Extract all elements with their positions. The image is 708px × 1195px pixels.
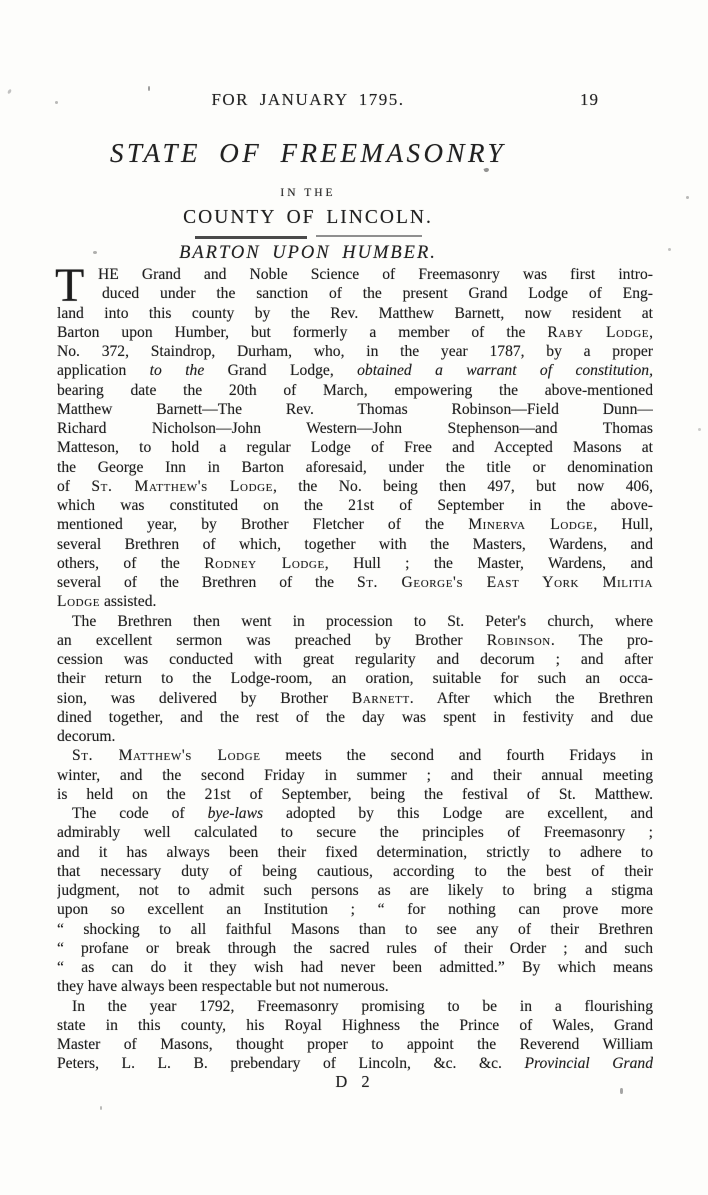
text-line: is held on the 21st of September, being … xyxy=(57,785,653,804)
page-number: 19 xyxy=(580,90,599,110)
scan-speck xyxy=(100,1106,102,1110)
text-line: bearing date the 20th of March, empoweri… xyxy=(57,381,653,400)
text-line: which was constituted on the 21st of Sep… xyxy=(57,496,653,515)
text-line: duced under the sanction of the present … xyxy=(57,284,653,303)
scan-speck xyxy=(686,196,689,199)
small-caps-text: Lodge xyxy=(57,593,100,610)
section-heading: BARTON UPON HUMBER. xyxy=(57,243,559,264)
body-text: . The pro- xyxy=(551,632,653,649)
text-line: “ shocking to all faithful Masons than t… xyxy=(57,920,653,939)
text-line: HE Grand and Noble Science of Freemasonr… xyxy=(57,265,653,284)
body-text: Matteson, to hold a regular Lodge of Fre… xyxy=(57,439,653,456)
body-text: is held on the 21st of September, being … xyxy=(57,786,653,803)
body-text: , the No. being then 497, but now 406, xyxy=(273,478,653,495)
body-text: , Hull, xyxy=(593,516,653,533)
text-line: No. 372, Staindrop, Durham, who, in the … xyxy=(57,342,653,361)
body-text: others, of the xyxy=(57,555,204,572)
article-body: THE Grand and Noble Science of Freemason… xyxy=(57,265,653,1074)
body-text: “ shocking to all faithful Masons than t… xyxy=(57,921,653,938)
running-header-title: FOR JANUARY 1795. xyxy=(57,90,559,110)
body-text: . After which the Brethren xyxy=(410,690,653,707)
body-text: application xyxy=(57,362,150,379)
body-text: their return to the Lodge-room, an orati… xyxy=(57,670,653,687)
text-line: several Brethren of which, together with… xyxy=(57,535,653,554)
paragraph: St. Matthew's Lodge meets the second and… xyxy=(57,746,653,804)
signature-mark: D 2 xyxy=(57,1072,653,1092)
article-title: STATE OF FREEMASONRY xyxy=(57,138,559,169)
text-line: “ as can do it they wish had never been … xyxy=(57,958,653,977)
small-caps-text: St. Matthew's Lodge xyxy=(91,478,273,495)
text-line: dined together, and the rest of the day … xyxy=(57,708,653,727)
text-line: Lodge assisted. xyxy=(57,592,653,611)
body-text: sion, was delivered by Brother xyxy=(57,690,352,707)
scan-speck xyxy=(698,428,701,431)
body-text: decorum. xyxy=(57,728,115,745)
body-text: Grand Lodge, xyxy=(204,362,357,379)
paragraph: The Brethren then went in procession to … xyxy=(57,612,653,747)
body-text: “ as can do it they wish had never been … xyxy=(57,959,653,976)
paragraph: In the year 1792, Freemasonry promising … xyxy=(57,997,653,1074)
text-line: Master of Masons, thought proper to appo… xyxy=(57,1035,653,1054)
drop-cap: T xyxy=(55,267,84,304)
text-line: an excellent sermon was preached by Brot… xyxy=(57,631,653,650)
scan-speck xyxy=(55,101,58,104)
body-text: Barton upon Humber, but formerly a membe… xyxy=(57,324,547,341)
text-line: sion, was delivered by Brother Barnett. … xyxy=(57,689,653,708)
text-line: and it has always been their fixed deter… xyxy=(57,843,653,862)
text-line: they have always been respectable but no… xyxy=(57,977,653,996)
body-text: dined together, and the rest of the day … xyxy=(57,709,653,726)
paragraph: The code of bye-laws adopted by this Lod… xyxy=(57,804,653,997)
small-caps-text: Robinson xyxy=(487,632,551,649)
body-text: “ profane or break through the sacred ru… xyxy=(57,940,653,957)
small-caps-text: St. Matthew's Lodge xyxy=(72,747,261,764)
text-line: land into this county by the Rev. Matthe… xyxy=(57,304,653,323)
small-caps-text: St. George's East York Militia xyxy=(357,574,653,591)
body-text: In the year 1792, Freemasonry promising … xyxy=(72,998,653,1015)
scan-speck xyxy=(7,89,12,95)
body-text: Master of Masons, thought proper to appo… xyxy=(57,1036,653,1053)
body-text: The Brethren then went in procession to … xyxy=(72,613,653,630)
body-text: upon so excellent an Institution ; “ for… xyxy=(57,901,653,918)
body-text: of xyxy=(57,478,91,495)
italic-text: Provincial Grand xyxy=(524,1055,653,1072)
body-text: several of the Brethren of the xyxy=(57,574,357,591)
text-line: The Brethren then went in procession to … xyxy=(57,612,653,631)
rule-segment-left xyxy=(195,236,307,239)
body-text: bearing date the 20th of March, empoweri… xyxy=(57,382,653,399)
body-text: duced under the sanction of the present … xyxy=(102,285,653,302)
body-text: and it has always been their fixed deter… xyxy=(57,844,653,861)
body-text: The code of xyxy=(72,805,208,822)
text-line: Peters, L. L. B. prebendary of Lincoln, … xyxy=(57,1054,653,1073)
body-text: several Brethren of which, together with… xyxy=(57,536,653,553)
body-text: meets the second and fourth Fridays in xyxy=(261,747,653,764)
body-text: No. 372, Staindrop, Durham, who, in the … xyxy=(57,343,653,360)
text-line: Matthew Barnett—The Rev. Thomas Robinson… xyxy=(57,400,653,419)
small-caps-text: Rodney Lodge xyxy=(204,555,325,572)
text-line: In the year 1792, Freemasonry promising … xyxy=(57,997,653,1016)
body-text: adopted by this Lodge are excellent, and xyxy=(263,805,653,822)
scan-speck xyxy=(93,251,97,254)
scan-speck xyxy=(148,86,150,91)
text-line: state in this county, his Royal Highness… xyxy=(57,1016,653,1035)
body-text: cession was conducted with great regular… xyxy=(57,651,653,668)
body-text: winter, and the second Friday in summer … xyxy=(57,767,653,784)
small-caps-text: Minerva Lodge xyxy=(468,516,593,533)
body-text: HE Grand and Noble Science of Freemasonr… xyxy=(98,266,653,283)
body-text: land into this county by the Rev. Matthe… xyxy=(57,305,653,322)
body-text: which was constituted on the 21st of Sep… xyxy=(57,497,653,514)
small-caps-text: Raby Lodge xyxy=(547,324,649,341)
body-text: Peters, L. L. B. prebendary of Lincoln, … xyxy=(57,1055,524,1072)
text-line: upon so excellent an Institution ; “ for… xyxy=(57,900,653,919)
text-line: decorum. xyxy=(57,727,653,746)
body-text: assisted. xyxy=(100,593,156,610)
text-line: Matteson, to hold a regular Lodge of Fre… xyxy=(57,438,653,457)
body-text: , xyxy=(649,324,653,341)
text-line: that necessary duty of being cautious, a… xyxy=(57,862,653,881)
body-text: Richard Nicholson—John Western—John Step… xyxy=(57,420,653,437)
text-line: judgment, not to admit such persons as a… xyxy=(57,881,653,900)
text-line: their return to the Lodge-room, an orati… xyxy=(57,669,653,688)
italic-text: obtained a warrant of constitution, xyxy=(357,362,653,379)
text-line: Richard Nicholson—John Western—John Step… xyxy=(57,419,653,438)
text-line: application to the Grand Lodge, obtained… xyxy=(57,361,653,380)
text-line: St. Matthew's Lodge meets the second and… xyxy=(57,746,653,765)
body-text: state in this county, his Royal Highness… xyxy=(57,1017,653,1034)
scan-speck xyxy=(668,248,671,251)
scanned-document-page: FOR JANUARY 1795. 19 STATE OF FREEMASONR… xyxy=(0,0,708,1195)
scan-speck xyxy=(620,1088,623,1094)
scan-speck xyxy=(483,167,489,172)
small-caps-text: Barnett xyxy=(352,690,410,707)
title-rule xyxy=(57,236,559,239)
body-text: Matthew Barnett—The Rev. Thomas Robinson… xyxy=(57,401,653,418)
text-line: cession was conducted with great regular… xyxy=(57,650,653,669)
text-line: Barton upon Humber, but formerly a membe… xyxy=(57,323,653,342)
body-text: admirably well calculated to secure the … xyxy=(57,824,653,841)
body-text: they have always been respectable but no… xyxy=(57,978,389,995)
text-line: of St. Matthew's Lodge, the No. being th… xyxy=(57,477,653,496)
body-text: mentioned year, by Brother Fletcher of t… xyxy=(57,516,468,533)
title-connector: IN THE xyxy=(57,187,559,199)
body-text: judgment, not to admit such persons as a… xyxy=(57,882,653,899)
text-line: “ profane or break through the sacred ru… xyxy=(57,939,653,958)
rule-segment-right xyxy=(316,235,422,237)
article-subtitle: COUNTY OF LINCOLN. xyxy=(57,207,559,229)
italic-text: bye-laws xyxy=(208,805,263,822)
text-line: mentioned year, by Brother Fletcher of t… xyxy=(57,515,653,534)
text-line: admirably well calculated to secure the … xyxy=(57,823,653,842)
text-line: winter, and the second Friday in summer … xyxy=(57,766,653,785)
body-text: the George Inn in Barton aforesaid, unde… xyxy=(57,459,653,476)
body-text: , Hull ; the Master, Wardens, and xyxy=(325,555,653,572)
text-line: the George Inn in Barton aforesaid, unde… xyxy=(57,458,653,477)
italic-text: to the xyxy=(150,362,205,379)
paragraph: THE Grand and Noble Science of Freemason… xyxy=(57,265,653,612)
text-line: The code of bye-laws adopted by this Lod… xyxy=(57,804,653,823)
body-text: an excellent sermon was preached by Brot… xyxy=(57,632,487,649)
text-line: others, of the Rodney Lodge, Hull ; the … xyxy=(57,554,653,573)
body-text: that necessary duty of being cautious, a… xyxy=(57,863,653,880)
text-line: several of the Brethren of the St. Georg… xyxy=(57,573,653,592)
